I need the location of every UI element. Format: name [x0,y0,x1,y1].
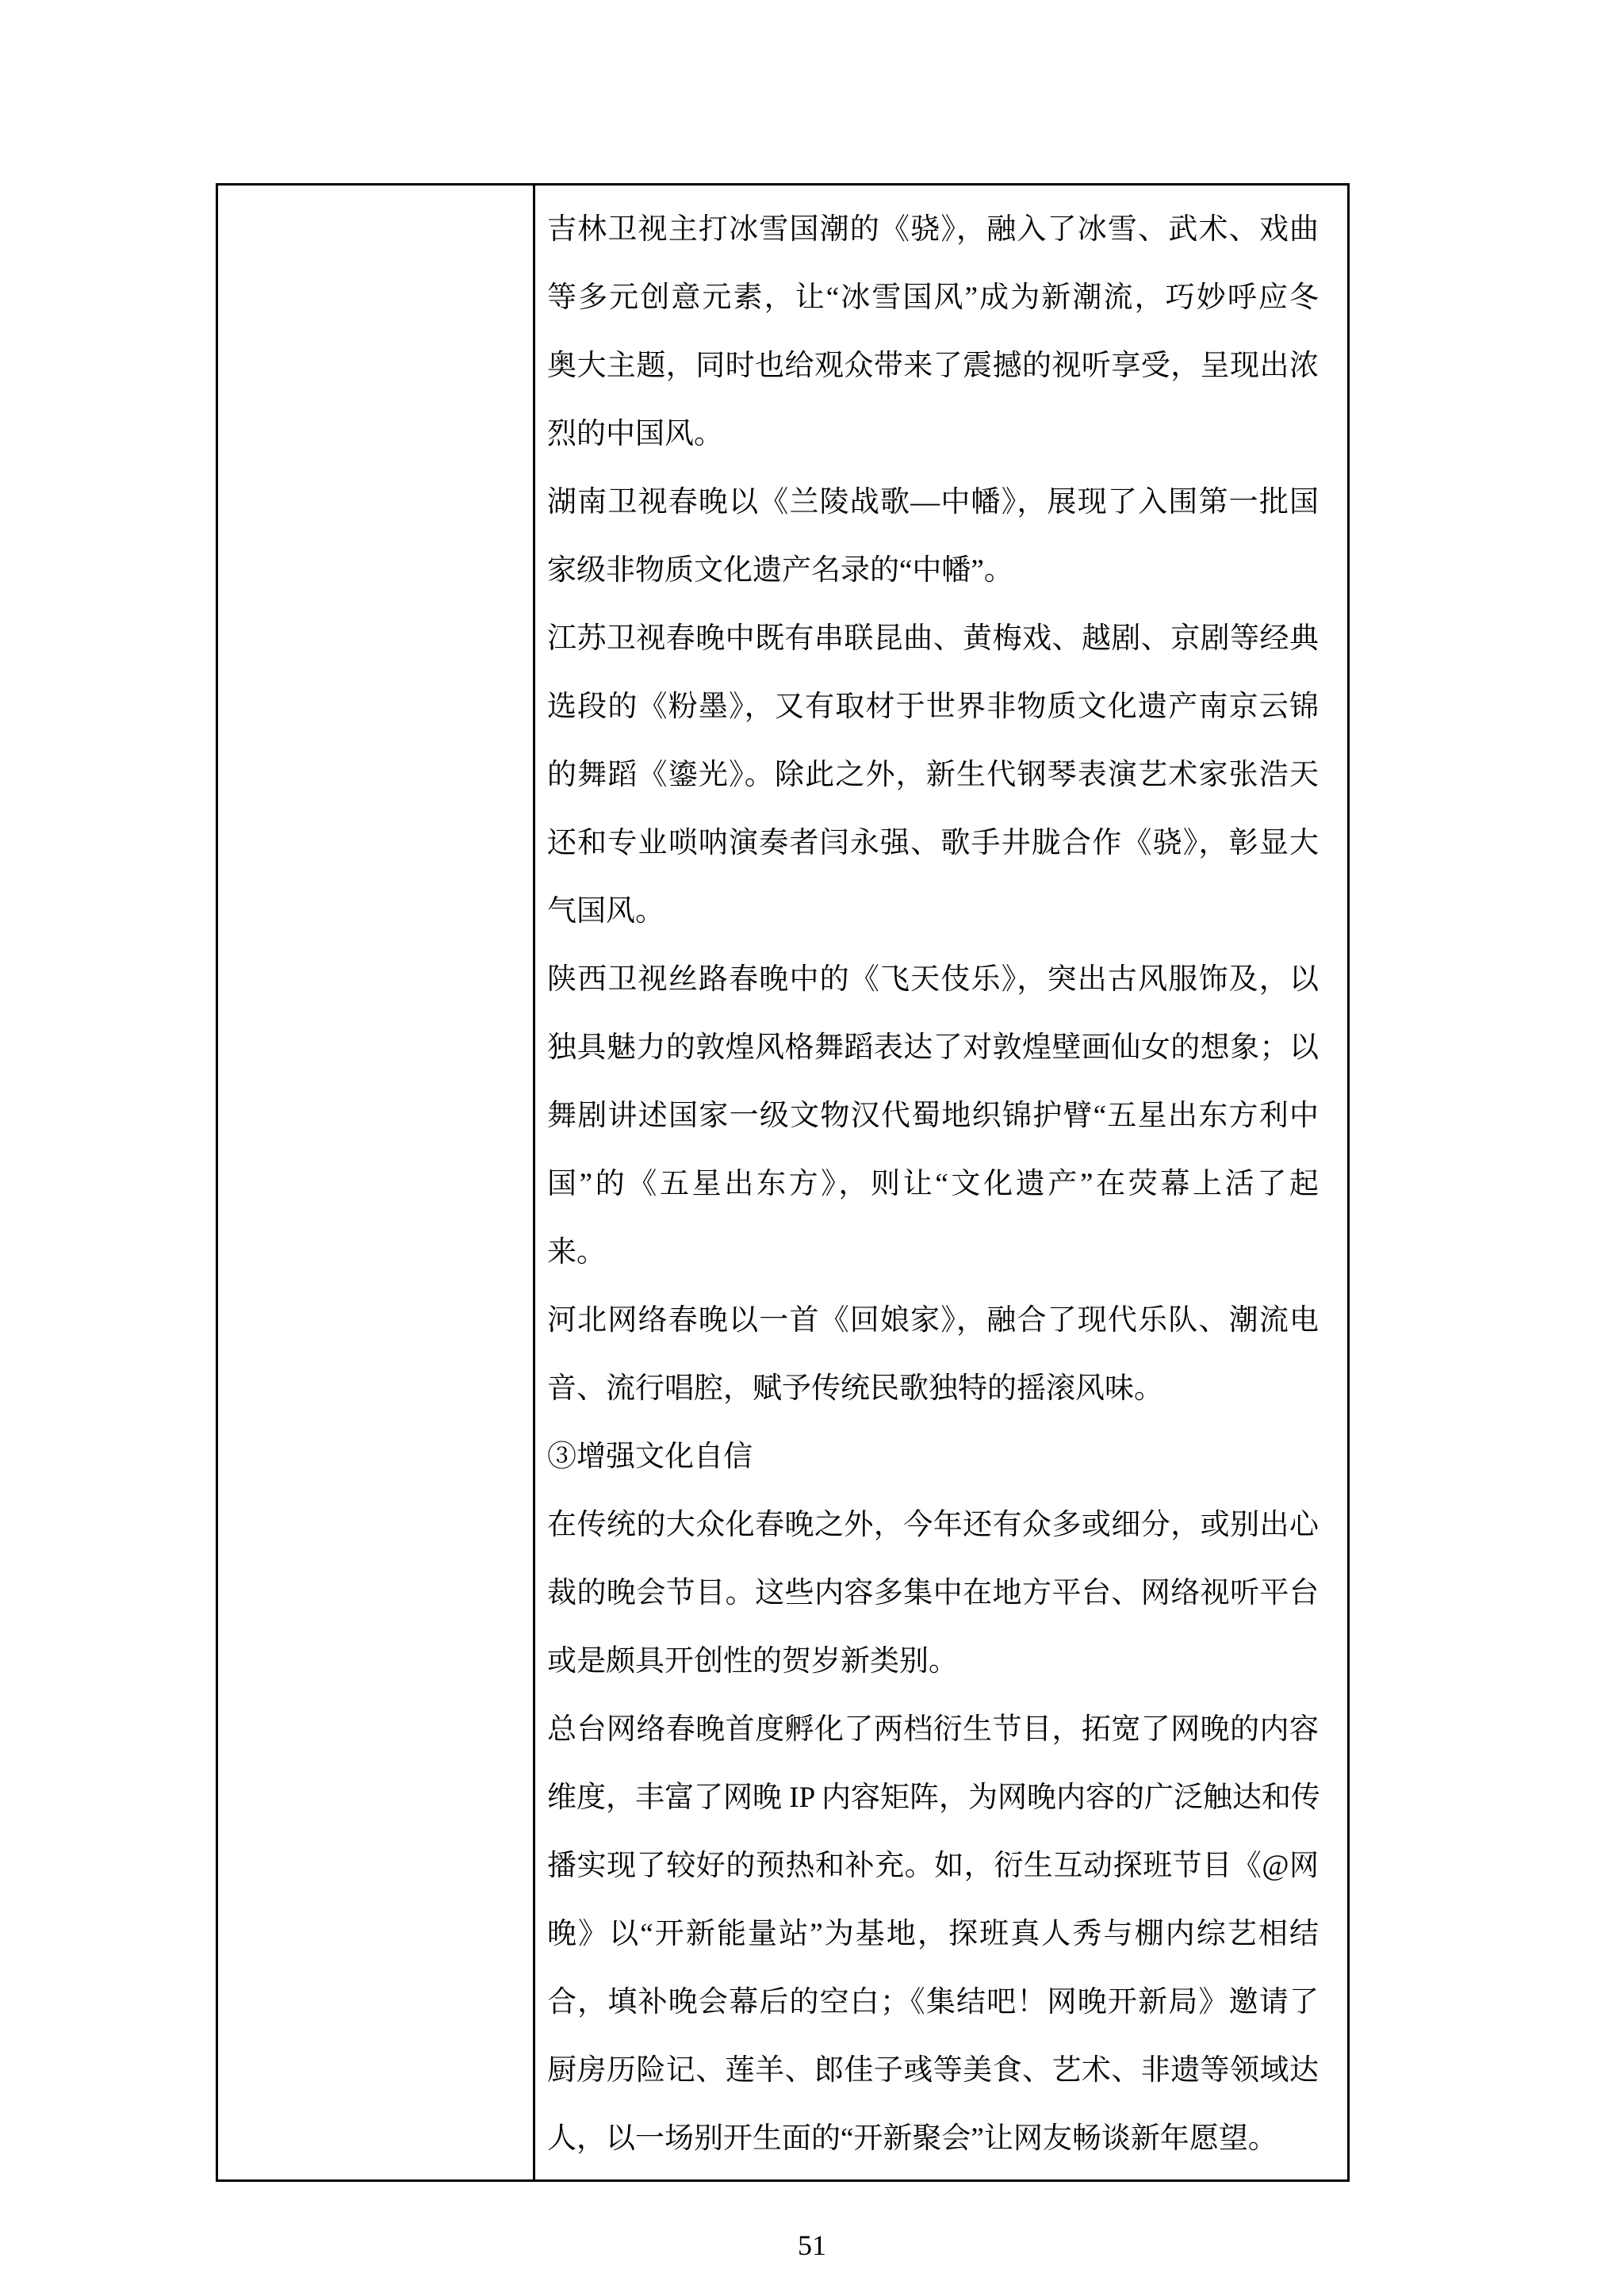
text-line: 烈的中国风。 [547,400,1319,469]
text-line: 吉林卫视主打冰雪国潮的《骁》，融入了冰雪、武术、戏曲 [547,196,1319,264]
text-line: 厨房历险记、莲羊、郎佳子彧等美食、艺术、非遗等领域达 [547,2037,1319,2105]
text-line: 气国风。 [547,878,1319,946]
text-line: ③增强文化自信 [547,1423,1319,1491]
text-line: 湖南卫视春晚以《兰陵战歌—中幡》，展现了入围第一批国 [547,469,1319,537]
text-line: 裁的晚会节目。这些内容多集中在地方平台、网络视听平台 [547,1559,1319,1628]
text-line: 播实现了较好的预热和补充。如，衍生互动探班节目《@网 [547,1832,1319,1900]
text-line: 来。 [547,1219,1319,1287]
text-line: 晚》以“开新能量站”为基地，探班真人秀与棚内综艺相结 [547,1900,1319,1969]
text-line: 等多元创意元素，让“冰雪国风”成为新潮流，巧妙呼应冬 [547,264,1319,332]
text-line: 或是颇具开创性的贺岁新类别。 [547,1628,1319,1696]
text-line: 奥大主题，同时也给观众带来了震撼的视听享受，呈现出浓 [547,332,1319,400]
text-line: 家级非物质文化遗产名录的“中幡”。 [547,537,1319,605]
page-number: 51 [0,2226,1624,2264]
table-text-cell: 吉林卫视主打冰雪国潮的《骁》，融入了冰雪、武术、戏曲等多元创意元素，让“冰雪国风… [535,186,1347,2179]
text-line: 舞剧讲述国家一级文物汉代蜀地织锦护臂“五星出东方利中 [547,1082,1319,1150]
text-line: 在传统的大众化春晚之外，今年还有众多或细分，或别出心 [547,1491,1319,1559]
text-line: 陕西卫视丝路春晚中的《飞天伎乐》，突出古风服饰及，以 [547,946,1319,1014]
text-line: 还和专业唢呐演奏者闫永强、歌手井胧合作《骁》，彰显大 [547,809,1319,878]
text-line: 人，以一场别开生面的“开新聚会”让网友畅谈新年愿望。 [547,2105,1319,2173]
text-line: 音、流行唱腔，赋予传统民歌独特的摇滚风味。 [547,1355,1319,1423]
text-line: 江苏卫视春晚中既有串联昆曲、黄梅戏、越剧、京剧等经典 [547,605,1319,673]
text-line: 独具魅力的敦煌风格舞蹈表达了对敦煌壁画仙女的想象；以 [547,1014,1319,1082]
table-left-cell [218,186,535,2179]
text-line: 维度，丰富了网晚 IP 内容矩阵，为网晚内容的广泛触达和传 [547,1764,1319,1832]
content-table: 吉林卫视主打冰雪国潮的《骁》，融入了冰雪、武术、戏曲等多元创意元素，让“冰雪国风… [216,183,1350,2182]
text-line: 合，填补晚会幕后的空白；《集结吧！网晚开新局》邀请了 [547,1969,1319,2037]
text-line: 选段的《粉墨》，又有取材于世界非物质文化遗产南京云锦 [547,673,1319,741]
text-line: 总台网络春晚首度孵化了两档衍生节目，拓宽了网晚的内容 [547,1696,1319,1764]
text-line: 的舞蹈《鎏光》。除此之外，新生代钢琴表演艺术家张浩天 [547,741,1319,809]
text-line: 国”的《五星出东方》，则让“文化遗产”在荧幕上活了起 [547,1150,1319,1219]
text-line: 河北网络春晚以一首《回娘家》，融合了现代乐队、潮流电 [547,1287,1319,1355]
